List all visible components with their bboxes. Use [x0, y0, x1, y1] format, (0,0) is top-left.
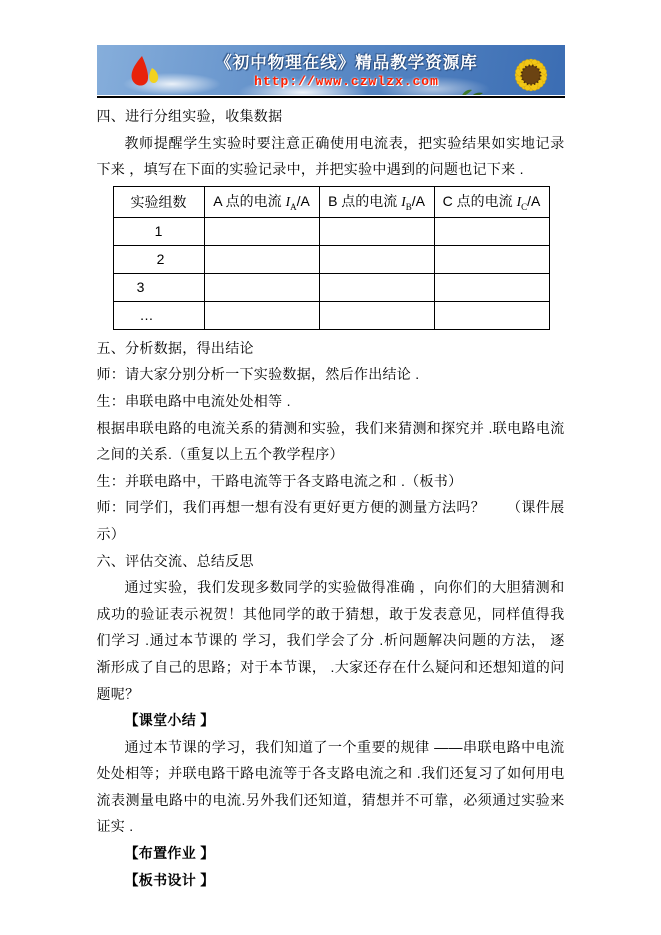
table-cell-group-number: 1 — [113, 217, 204, 245]
table-row: 3 — [113, 273, 549, 301]
banner-title: 《初中物理在线》精品教学资源库 — [202, 49, 492, 73]
row-label: 1 — [155, 223, 163, 239]
table-cell-group-number: … — [113, 301, 204, 329]
row-label: … — [140, 307, 154, 323]
paragraph: 【布置作业 】 — [97, 840, 565, 867]
table-cell — [319, 301, 434, 329]
row-label: 2 — [157, 251, 165, 267]
table-row: … — [113, 301, 549, 329]
table-header-row: 实验组数 A 点的电流 IA/AB 点的电流 IB/AC 点的电流 IC/A — [113, 186, 549, 217]
table-cell-group-number: 3 — [113, 273, 204, 301]
horizontal-rule — [97, 96, 565, 98]
paragraph: 师：请大家分别分析一下实验数据，然后作出结论 . — [97, 361, 565, 388]
table-header-cell: C 点的电流 IC/A — [434, 186, 549, 217]
paragraph: 【课堂小结 】 — [97, 707, 565, 734]
table-cell — [204, 273, 319, 301]
paragraph: 通过本节课的学习，我们知道了一个重要的规律 ——串联电路中电流处处相等；并联电路… — [97, 734, 565, 840]
paragraph: 教师提醒学生实验时要注意正确使用电流表，把实验结果如实地记录下来 ，填写在下面的… — [97, 130, 565, 183]
grass-icon — [459, 83, 485, 95]
section-after-table: 五、分析数据，得出结论师：请大家分别分析一下实验数据，然后作出结论 .生：串联电… — [97, 335, 565, 893]
paragraph: 根据串联电路的电流关系的猜测和实验，我们来猜测和探究并 .联电路电流之间的关系.… — [97, 415, 565, 468]
paragraph: 生：并联电路中，干路电流等于各支路电流之和 .（板书） — [97, 468, 565, 495]
paragraph: 四、进行分组实验，收集数据 — [97, 103, 565, 130]
experiment-record-table: 实验组数 A 点的电流 IA/AB 点的电流 IB/AC 点的电流 IC/A 1… — [113, 186, 550, 330]
paragraph: 【板书设计 】 — [97, 867, 565, 894]
table-row: 1 — [113, 217, 549, 245]
banner-text: 《初中物理在线》精品教学资源库 http://www.czwlzx.com — [202, 49, 492, 89]
paragraph: 六、评估交流、总结反思 — [97, 548, 565, 575]
banner-url: http://www.czwlzx.com — [202, 74, 492, 89]
table-cell — [204, 301, 319, 329]
table-cell — [319, 217, 434, 245]
table-cell-group-number: 2 — [113, 245, 204, 273]
paragraph: 五、分析数据，得出结论 — [97, 335, 565, 362]
table-header-cell: A 点的电流 IA/A — [204, 186, 319, 217]
row-label: 3 — [137, 279, 145, 295]
table-cell — [204, 217, 319, 245]
table-header-cell: 实验组数 — [113, 186, 204, 217]
table-cell — [434, 301, 549, 329]
table-cell — [204, 245, 319, 273]
site-banner: 《初中物理在线》精品教学资源库 http://www.czwlzx.com — [97, 45, 565, 95]
document-page: 《初中物理在线》精品教学资源库 http://www.czwlzx.com — [0, 0, 661, 935]
table-cell — [319, 273, 434, 301]
site-logo-icon — [125, 55, 167, 89]
paragraph: 通过实验，我们发现多数同学的实验做得准确 ，向你们的大胆猜测和成功的验证表示祝贺… — [97, 574, 565, 707]
table-row: 2 — [113, 245, 549, 273]
paragraph: 师：同学们，我们再想一想有没有更好更方便的测量方法吗？ （课件展示） — [97, 494, 565, 547]
document-content: 《初中物理在线》精品教学资源库 http://www.czwlzx.com — [97, 0, 565, 893]
paragraph: 生：串联电路中电流处处相等 . — [97, 388, 565, 415]
table-header-cell: B 点的电流 IB/A — [319, 186, 434, 217]
table-cell — [319, 245, 434, 273]
section-before-table: 四、进行分组实验，收集数据教师提醒学生实验时要注意正确使用电流表，把实验结果如实… — [97, 103, 565, 183]
table-cell — [434, 245, 549, 273]
table-cell — [434, 217, 549, 245]
sunflower-icon — [499, 45, 561, 95]
table-cell — [434, 273, 549, 301]
